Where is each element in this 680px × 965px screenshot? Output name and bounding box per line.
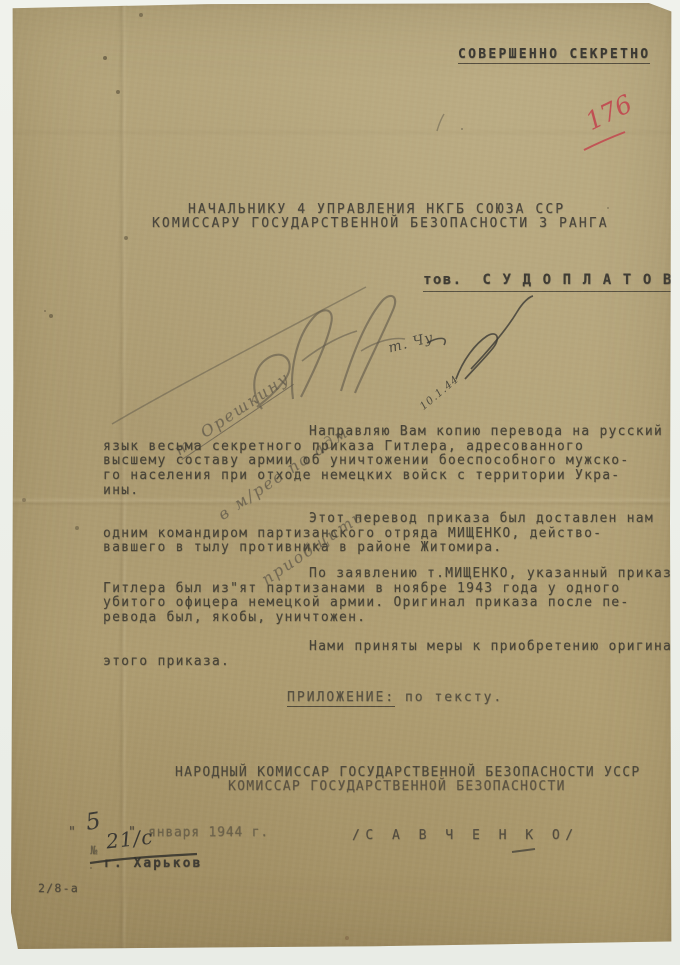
signer-title-line-1: НАРОДНЫЙ КОМИССАР ГОСУДАРСТВЕННОЙ БЕЗОПА…: [175, 765, 640, 780]
paper-specks: [10, 3, 12, 5]
paragraph-3: По заявлению т.МИЩЕНКО, указанный приказ…: [103, 566, 669, 625]
recipient-name: С У Д О П Л А Т О В У: [482, 272, 680, 288]
body-line: Гитлера был из"ят партизанами в ноябре 1…: [103, 581, 669, 596]
body-line: вавшего в тылу противника в районе Житом…: [103, 540, 669, 555]
classification-stamp: СОВЕРШЕННО СЕКРЕТНО: [458, 47, 650, 62]
body-line: Направляю Вам копию перевода на русский: [103, 424, 669, 439]
paragraph-1: Направляю Вам копию перевода на русский …: [103, 424, 669, 497]
signer-title-line-2: КОМИССАР ГОСУДАРСТВЕННОЙ БЕЗОПАСНОСТИ: [228, 779, 566, 794]
body-line: По заявлению т.МИЩЕНКО, указанный приказ: [103, 566, 669, 581]
faint-fold-crease: [10, 129, 672, 136]
body-line: язык весьма секретного приказа Гитлера, …: [103, 439, 669, 454]
body-line: ины.: [103, 483, 669, 498]
body-line: убитого офицера немецкой армии. Оригинал…: [103, 595, 669, 610]
body-line: одним командиром партизанского отряда МИ…: [103, 526, 669, 541]
typed-date: января 1944 г.: [148, 825, 269, 840]
attachment-line: ПРИЛОЖЕНИЕ: по тексту.: [287, 690, 503, 705]
document-paper: СОВЕРШЕННО СЕКРЕТНО 176 НАЧАЛЬНИКУ 4 УПР…: [10, 3, 672, 950]
handwritten-day: 5: [84, 808, 103, 836]
body-line: го населения при отходе немецких войск с…: [103, 468, 669, 483]
paragraph-4: Нами приняты меры к приобретению оригина…: [103, 639, 669, 668]
red-folio-number: 176: [581, 89, 637, 136]
file-mark: 2/8-а: [38, 881, 79, 895]
ink-resolution-addressee: т. Чу: [387, 330, 436, 357]
body-line: высшему составу армии об уничтожении бое…: [103, 453, 669, 468]
attachment-value: по тексту.: [395, 690, 503, 705]
recipient-line-2: КОМИССАРУ ГОСУДАРСТВЕННОЙ БЕЗОПАСНОСТИ 3…: [152, 216, 609, 231]
handwritten-doc-number: 21/с: [105, 825, 155, 854]
body-line: ревода был, якобы, уничтожен.: [103, 610, 669, 625]
recipient-line-1: НАЧАЛЬНИКУ 4 УПРАВЛЕНИЯ НКГБ СОЮЗА ССР: [188, 202, 565, 217]
date-quote-open: ": [68, 825, 77, 840]
body-line: Этот перевод приказа был доставлен нам: [103, 511, 669, 526]
attachment-label: ПРИЛОЖЕНИЕ:: [287, 690, 395, 707]
number-sign: №: [90, 843, 98, 857]
body-line: Нами приняты меры к приобретению оригина…: [103, 639, 669, 654]
salutation-line: тов.С У Д О П Л А Т О В У: [365, 256, 680, 304]
signer-name: /С А В Ч Е Н К О/: [352, 828, 579, 843]
scan-background: СОВЕРШЕННО СЕКРЕТНО 176 НАЧАЛЬНИКУ 4 УПР…: [0, 0, 680, 965]
paragraph-2: Этот перевод приказа был доставлен нам о…: [103, 511, 669, 555]
body-line: этого приказа.: [103, 654, 669, 669]
classification-text: СОВЕРШЕННО СЕКРЕТНО: [458, 47, 650, 64]
city-line: г. Харьков: [104, 856, 202, 871]
salutation-underline: тов.С У Д О П Л А Т О В У: [423, 272, 680, 292]
ink-resolution-date: 10.1.44: [418, 373, 462, 412]
salutation-prefix: тов.: [423, 272, 462, 288]
